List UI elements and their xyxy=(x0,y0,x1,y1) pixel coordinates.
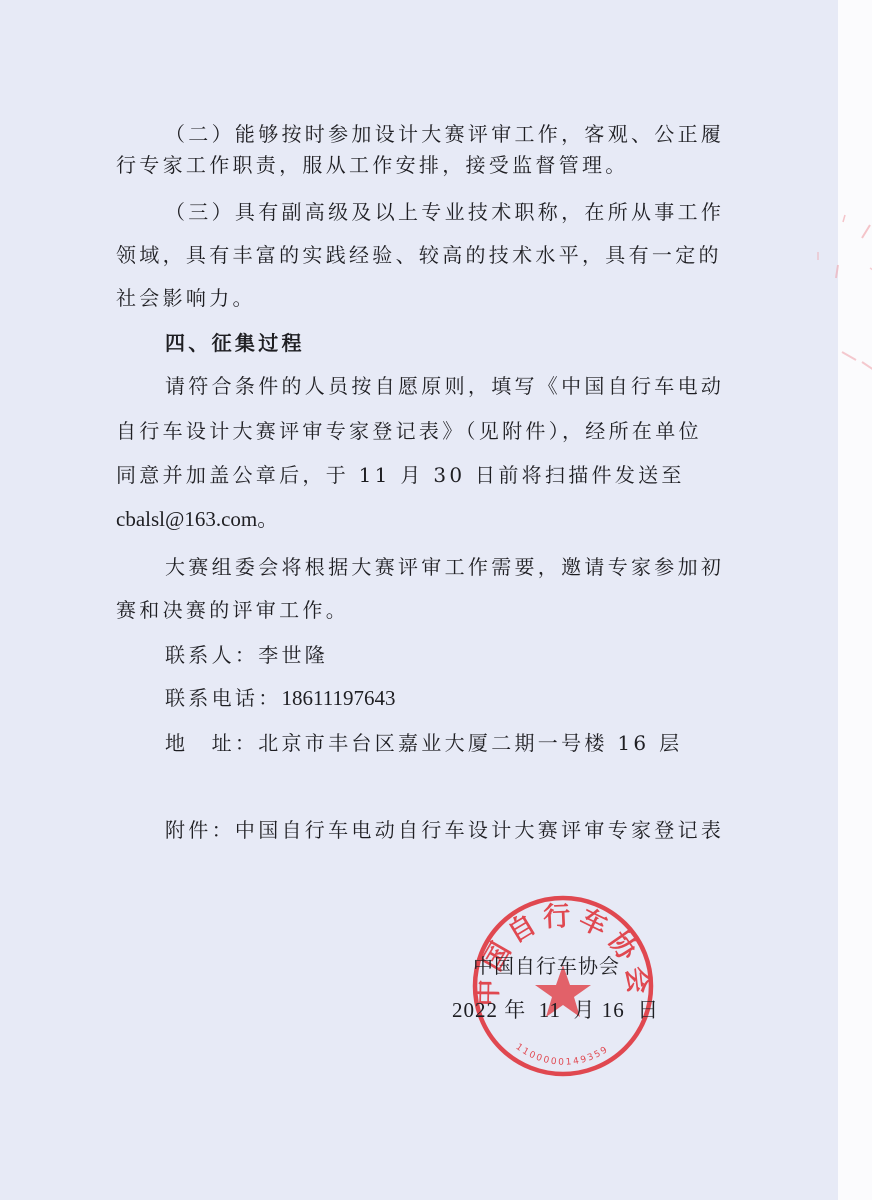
invitation-line-1: 大赛组委会将根据大赛评审工作需要，邀请专家参加初 xyxy=(165,554,765,580)
contact-person-name: 李世隆 xyxy=(258,643,328,667)
section-heading-collection-process: 四、征集过程 xyxy=(165,330,765,356)
scan-edge xyxy=(838,0,872,1200)
attachment-note: 附件：中国自行车电动自行车设计大赛评审专家登记表 xyxy=(165,817,765,843)
contact-phone-label: 联系电话： xyxy=(165,686,282,710)
requirement-2-line-2: 行专家工作职责，服从工作安排，接受监督管理。 xyxy=(116,152,716,178)
signing-organization: 中国自行车协会 xyxy=(473,950,620,979)
stamp-bleed-specks xyxy=(800,200,872,400)
process-line-1: 请符合条件的人员按自愿原则，填写《中国自行车电动 xyxy=(165,373,765,399)
email-address[interactable]: cbalsl@163.com。 xyxy=(116,506,716,532)
seal-code: 1100000149359 xyxy=(514,1042,611,1068)
contact-phone: 联系电话：18611197643 xyxy=(165,685,765,711)
process-line-2: 自行车设计大赛评审专家登记表》（见附件），经所在单位 xyxy=(116,418,716,444)
contact-phone-number: 18611197643 xyxy=(282,686,396,710)
requirement-2-line-1: （二）能够按时参加设计大赛评审工作，客观、公正履 xyxy=(165,121,765,147)
official-seal-stamp: 中国自行车协会 1100000149359 xyxy=(470,893,656,1079)
requirement-3-line-1: （三）具有副高级及以上专业技术职称，在所从事工作 xyxy=(165,199,765,225)
contact-address-label: 地 址： xyxy=(165,731,258,755)
contact-address: 地 址：北京市丰台区嘉业大厦二期一号楼 16 层 xyxy=(165,730,765,756)
contact-address-value: 北京市丰台区嘉业大厦二期一号楼 16 层 xyxy=(258,731,682,755)
contact-person-label: 联系人： xyxy=(165,643,258,667)
svg-text:1100000149359: 1100000149359 xyxy=(514,1042,611,1068)
process-line-3: 同意并加盖公章后，于 11 月 30 日前将扫描件发送至 xyxy=(116,462,716,488)
invitation-line-2: 赛和决赛的评审工作。 xyxy=(116,597,716,623)
requirement-3-line-3: 社会影响力。 xyxy=(116,285,716,311)
requirement-3-line-2: 领域，具有丰富的实践经验、较高的技术水平，具有一定的 xyxy=(116,242,716,268)
contact-person: 联系人：李世隆 xyxy=(165,642,765,668)
signing-date: 2022 年 11 月 16 日 xyxy=(452,994,659,1024)
